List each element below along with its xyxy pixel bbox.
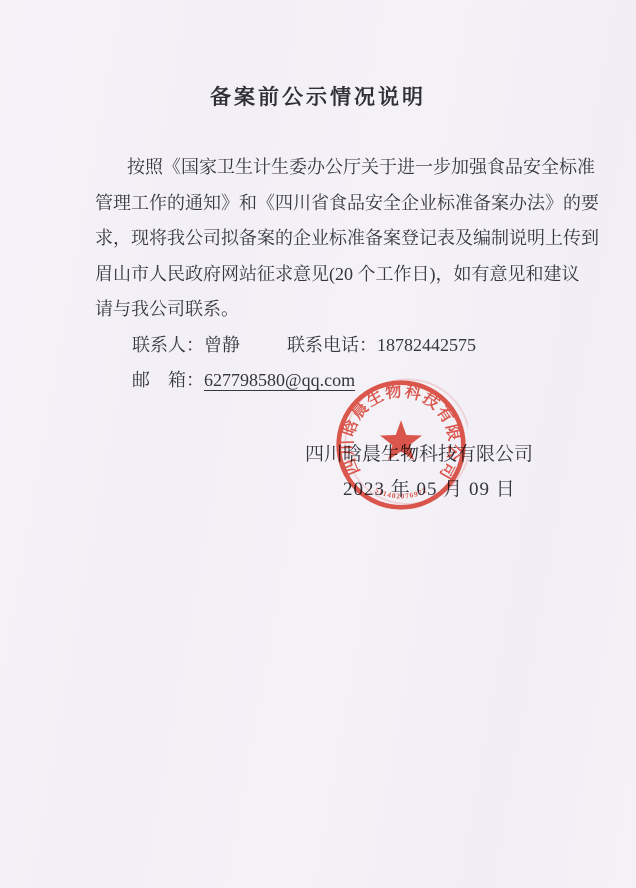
signature-date: 2023 年 05 月 09 日	[343, 472, 541, 508]
signature-block: 四川晗晨生物科技有限公司 2023 年 05 月 09 日	[95, 437, 541, 508]
document-page: 备案前公示情况说明 按照《国家卫生计生委办公厅关于进一步加强食品安全标准 管理工…	[0, 0, 636, 888]
email-value: 627798580@qq.com	[204, 370, 355, 390]
body-line: 求，现将我公司拟备案的企业标准备案登记表及编制说明上传到	[95, 221, 541, 257]
contact-person-row: 联系人：曾静联系电话：18782442575	[132, 328, 541, 364]
body-line: 请与我公司联系。	[95, 292, 541, 328]
contact-person-name: 曾静	[204, 335, 240, 355]
body-paragraph: 按照《国家卫生计生委办公厅关于进一步加强食品安全标准 管理工作的通知》和《四川省…	[95, 150, 541, 328]
signature-company: 四川晗晨生物科技有限公司	[305, 437, 541, 473]
contact-email-row: 邮 箱：627798580@qq.com	[132, 363, 541, 399]
body-line: 眉山市人民政府网站征求意见(20 个工作日)，如有意见和建议	[95, 257, 541, 293]
contact-phone-number: 18782442575	[377, 335, 476, 355]
contact-phone-label: 联系电话：	[287, 335, 377, 355]
body-line: 按照《国家卫生计生委办公厅关于进一步加强食品安全标准	[95, 150, 541, 186]
document-body: 按照《国家卫生计生委办公厅关于进一步加强食品安全标准 管理工作的通知》和《四川省…	[95, 150, 541, 508]
document-title: 备案前公示情况说明	[0, 0, 636, 110]
contact-email-label: 邮 箱：	[132, 370, 204, 390]
body-line: 管理工作的通知》和《四川省食品安全企业标准备案办法》的要	[95, 186, 541, 222]
contact-person-label: 联系人：	[132, 335, 204, 355]
